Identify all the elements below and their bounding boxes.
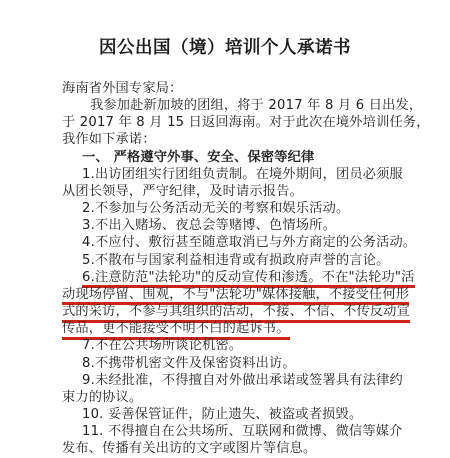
document-line: 传品，更不能接受不明不白的起诉书。 bbox=[62, 320, 446, 337]
document-line: 我参加赴新加坡的团组，将于 2017 年 8 月 6 日出发， bbox=[62, 97, 446, 114]
line-text: 9.未经批准，不得擅自对外做出承诺或签署具有法律约 bbox=[82, 373, 403, 388]
document-line: 2.不参加与公务活动无关的考察和娱乐活动。 bbox=[62, 200, 446, 217]
document-line: 9.未经批准，不得擅自对外做出承诺或签署具有法律约 bbox=[62, 372, 446, 389]
line-text: 7.不在公共场所谈论机密。 bbox=[82, 338, 242, 353]
document-page: 因公出国（境）培训个人承诺书 海南省外国专家局： 我参加赴新加坡的团组，将于 2… bbox=[0, 0, 450, 458]
line-text: 11. 不得擅自在公共场所、互联网和微博、微信等媒介 bbox=[82, 424, 403, 439]
line-text: 5.不散布与国家利益相违背或有损政府声誉的言论。 bbox=[82, 253, 390, 268]
line-text: 于 2017 年 8 月 15 日返回海南。对于此次在境外培训任务， bbox=[62, 115, 430, 130]
line-text: 海南省外国专家局： bbox=[62, 81, 183, 96]
document-line: 6.注意防范"法轮功"的反动宣传和渗透。不在"法轮功"活 bbox=[62, 269, 446, 286]
document-line: 10. 妥善保管证件，防止遗失、被盗或者损毁。 bbox=[62, 406, 446, 423]
document-line: 式的采访，不参与其组织的活动，不接、不信、不传反动宣 bbox=[62, 303, 446, 320]
document-line: 11. 不得擅自在公共场所、互联网和微博、微信等媒介 bbox=[62, 423, 446, 440]
document-line: 动现场停留、围观，不与"法轮功"媒体接触，不接受任何形 bbox=[62, 286, 446, 303]
line-text: 束力的协议。 bbox=[62, 390, 142, 405]
document-line: 4.不应付、敷衍甚至随意取消已与外方商定的公务活动。 bbox=[62, 234, 446, 251]
document-title: 因公出国（境）培训个人承诺书 bbox=[0, 34, 450, 59]
document-line: 我作如下承诺： bbox=[62, 131, 446, 148]
line-text: 我作如下承诺： bbox=[62, 132, 156, 147]
document-line: 束力的协议。 bbox=[62, 389, 446, 406]
document-line: 5.不散布与国家利益相违背或有损政府声誉的言论。 bbox=[62, 252, 446, 269]
document-line: 7.不在公共场所谈论机密。 bbox=[62, 337, 446, 354]
line-text: 8.不携带机密文件及保密资料出访。 bbox=[82, 356, 296, 371]
document-line: 发布、传播有关出访的文字或图片等信息。 bbox=[62, 440, 446, 457]
document-line: 从团长领导，严守纪律，及时请示报告。 bbox=[62, 183, 446, 200]
line-text: 从团长领导，严守纪律，及时请示报告。 bbox=[62, 184, 303, 199]
line-text: 2.不参加与公务活动无关的考察和娱乐活动。 bbox=[82, 201, 349, 216]
document-line: 8.不携带机密文件及保密资料出访。 bbox=[62, 355, 446, 372]
line-text: 3.不出入赌场、夜总会等赌博、色情场所。 bbox=[82, 218, 336, 233]
document-section-heading: 一、 严格遵守外事、安全、保密等纪律 bbox=[62, 149, 446, 166]
document-body: 海南省外国专家局： 我参加赴新加坡的团组，将于 2017 年 8 月 6 日出发… bbox=[62, 80, 446, 457]
document-line-salutation: 海南省外国专家局： bbox=[62, 80, 446, 97]
line-text: 我参加赴新加坡的团组，将于 2017 年 8 月 6 日出发， bbox=[90, 98, 422, 113]
line-text: 发布、传播有关出访的文字或图片等信息。 bbox=[62, 441, 316, 456]
line-text: 4.不应付、敷衍甚至随意取消已与外方商定的公务活动。 bbox=[82, 235, 416, 250]
line-text: 一、 严格遵守外事、安全、保密等纪律 bbox=[82, 150, 314, 165]
line-text: 10. 妥善保管证件，防止遗失、被盗或者损毁。 bbox=[82, 407, 362, 422]
document-line: 3.不出入赌场、夜总会等赌博、色情场所。 bbox=[62, 217, 446, 234]
line-text: 1.出访团组实行团组负责制。在境外期间，团员必须服 bbox=[82, 167, 403, 182]
document-line: 1.出访团组实行团组负责制。在境外期间，团员必须服 bbox=[62, 166, 446, 183]
document-line: 于 2017 年 8 月 15 日返回海南。对于此次在境外培训任务， bbox=[62, 114, 446, 131]
